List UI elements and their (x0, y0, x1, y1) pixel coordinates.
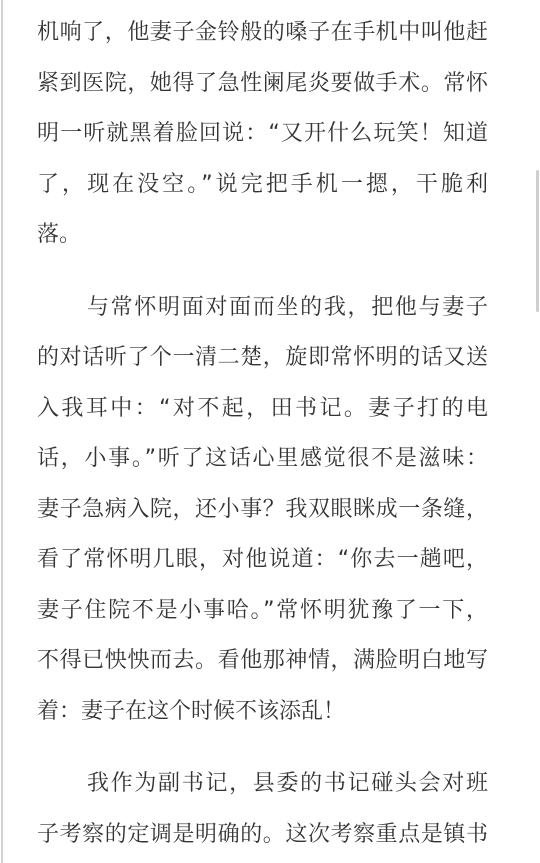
text-line: 入我耳中：“对不起，田书记。妻子打的电 (37, 384, 488, 435)
article-body: 机响了，他妻子金铃般的嗓子在手机中叫他赶 紧到医院，她得了急性阑尾炎要做手术。常… (37, 8, 488, 860)
paragraph-2: 与常怀明面对面而坐的我，把他与妻子 的对话听了个一清二楚，旋即常怀明的话又送 入… (37, 283, 488, 738)
paragraph-gap (37, 737, 488, 759)
text-line: 紧到医院，她得了急性阑尾炎要做手术。常怀 (37, 59, 488, 110)
text-line: 了，现在没空。”说完把手机一摁，干脆利 (37, 160, 488, 211)
paragraph-1: 机响了，他妻子金铃般的嗓子在手机中叫他赶 紧到医院，她得了急性阑尾炎要做手术。常… (37, 8, 488, 261)
text-line: 的对话听了个一清二楚，旋即常怀明的话又送 (37, 333, 488, 384)
text-line: 子考察的定调是明确的。这次考察重点是镇书 (37, 810, 488, 861)
text-line: 与常怀明面对面而坐的我，把他与妻子 (37, 283, 488, 334)
left-border-rule (1, 0, 3, 863)
scrollbar-thumb[interactable] (536, 170, 539, 312)
text-line: 妻子急病入院，还小事？我双眼眯成一条缝， (37, 485, 488, 536)
text-line: 看了常怀明几眼，对他说道：“你去一趟吧， (37, 535, 488, 586)
text-line: 明一听就黑着脸回说：“又开什么玩笑！知道 (37, 109, 488, 160)
text-line: 我作为副书记，县委的书记碰头会对班 (37, 759, 488, 810)
text-line: 妻子住院不是小事哈。”常怀明犹豫了一下， (37, 586, 488, 637)
paragraph-gap (37, 261, 488, 283)
text-line: 话，小事。”听了这话心里感觉很不是滋味： (37, 434, 488, 485)
text-line: 着：妻子在这个时候不该添乱！ (37, 687, 488, 738)
text-line: 不得已怏怏而去。看他那神情，满脸明白地写 (37, 636, 488, 687)
paragraph-3: 我作为副书记，县委的书记碰头会对班 子考察的定调是明确的。这次考察重点是镇书 (37, 759, 488, 860)
text-line: 机响了，他妻子金铃般的嗓子在手机中叫他赶 (37, 8, 488, 59)
text-line: 落。 (37, 210, 488, 261)
